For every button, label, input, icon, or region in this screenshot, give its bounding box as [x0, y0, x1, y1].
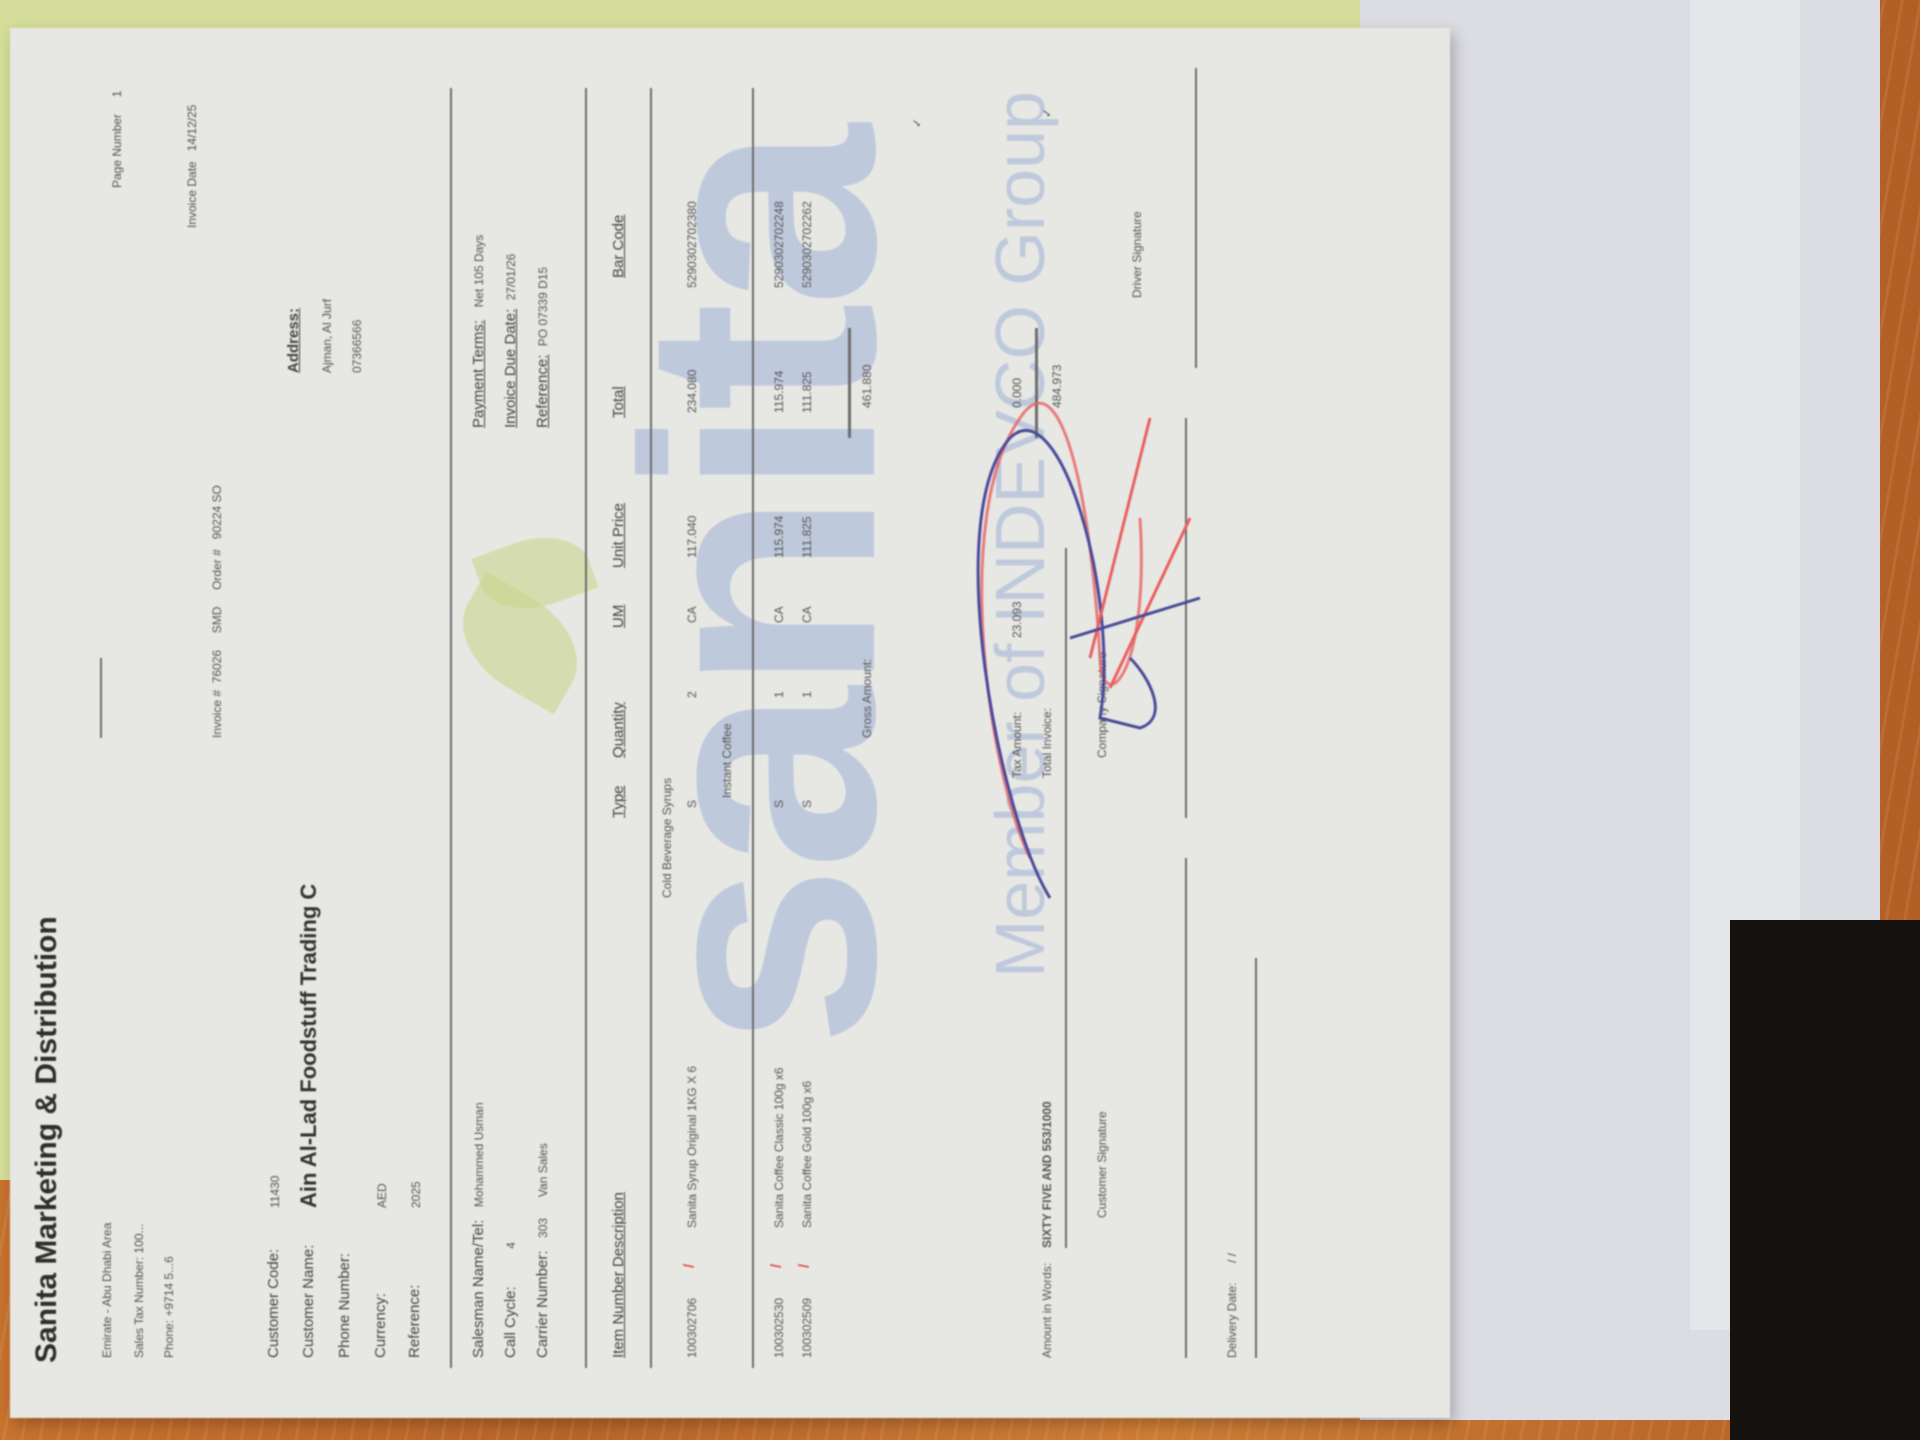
dark-object — [1730, 920, 1920, 1440]
signature-scribbles — [10, 28, 1450, 1418]
invoice-paper: sanita Member of INDEVCO Group Sanita Ma… — [10, 28, 1450, 1418]
invoice-document: sanita Member of INDEVCO Group Sanita Ma… — [10, 28, 1450, 1418]
